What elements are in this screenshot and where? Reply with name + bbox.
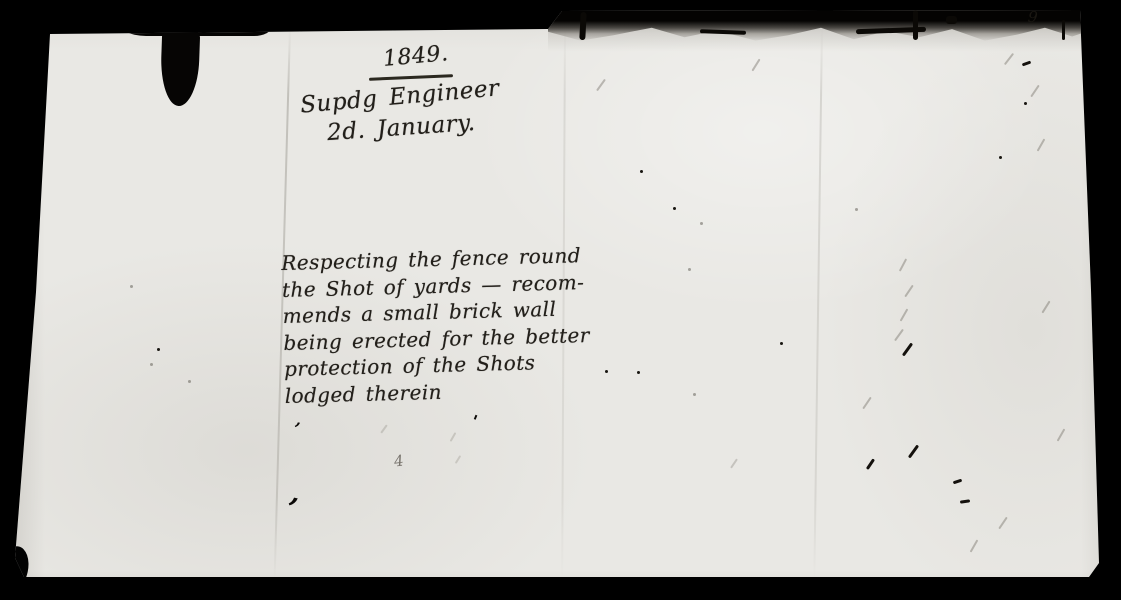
ink-speck — [688, 268, 691, 271]
ink-speck — [855, 208, 858, 211]
ink-speck — [999, 156, 1002, 159]
ink-speck — [780, 342, 783, 345]
ink-speck — [130, 285, 133, 288]
ink-speck — [188, 380, 191, 383]
ink-speck — [1024, 102, 1027, 105]
ink-speck — [673, 207, 676, 210]
paper-sheet: 1849. Supdg Engineer 2d. January. Respec… — [0, 0, 1121, 600]
ink-speck — [640, 170, 643, 173]
edge-ink-streak — [946, 16, 957, 24]
ink-speck — [693, 393, 696, 396]
faint-page-digit: 4 — [393, 451, 405, 470]
edge-ink-streak — [1062, 20, 1065, 40]
edge-ink-streak — [913, 10, 918, 40]
ink-speck — [150, 363, 153, 366]
ink-speck — [700, 222, 703, 225]
ink-speck — [157, 348, 160, 351]
ink-speck — [637, 371, 640, 374]
scanned-document-page: 1849. Supdg Engineer 2d. January. Respec… — [0, 0, 1121, 600]
ink-speck — [605, 370, 608, 373]
body-paragraph: Respecting the fence round the Shot of y… — [281, 242, 591, 409]
ink-blot-band — [116, 6, 272, 36]
stray-digit-mark: 9 — [1027, 8, 1038, 27]
